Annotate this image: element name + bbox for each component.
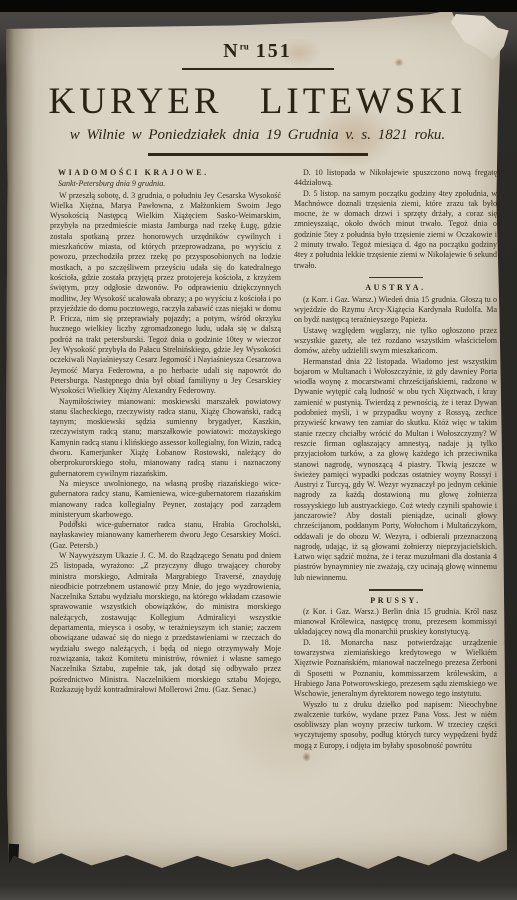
masthead-rule-top: [182, 68, 334, 70]
article-paragraph: Na mieysce uwolnionego, na własną prośbę…: [50, 479, 281, 520]
issue-number: Nru 151: [6, 40, 509, 63]
section-separator-rule: [369, 277, 423, 279]
article-paragraph: D. 10 listopada w Nikołajewie spuszczono…: [294, 168, 497, 189]
issue-prefix: N: [223, 40, 239, 62]
ink-smudge: [7, 844, 19, 886]
left-column: WIADOMOŚCI KRAJOWE. Sankt-Petersburg dni…: [50, 168, 281, 751]
article-paragraph: W Naywyższym Ukazie J. C. M. do Rządzące…: [50, 551, 281, 695]
section-separator-rule: [369, 589, 423, 591]
article-paragraph: W przeszłą sobotę, d. 3 grudnia, o połud…: [50, 191, 281, 397]
article-paragraph: Hermanstad dnia 22 listopada. Wiadomo je…: [294, 357, 497, 584]
section-heading-prussia: PRUSSY.: [294, 596, 497, 606]
scan-top-black-strip: [0, 0, 517, 12]
masthead: Nru 151 KURYER LITEWSKI w Wilnie w Ponie…: [6, 10, 509, 156]
article-columns: WIADOMOŚCI KRAJOWE. Sankt-Petersburg dni…: [6, 156, 509, 751]
article-paragraph: Podolski wice-gubernator radca stanu, Hr…: [50, 520, 281, 551]
issue-superscript: ru: [240, 41, 249, 51]
scan-background: Nru 151 KURYER LITEWSKI w Wilnie w Ponie…: [0, 0, 517, 900]
article-paragraph: Naymiłościwiey mianowani: moskiewski mar…: [50, 397, 281, 479]
article-paragraph: (z Korr. i Gaz. Warsz.) Wiedeń dnia 15 g…: [294, 295, 497, 326]
paper-stain: [302, 752, 311, 762]
scanned-newspaper-screenshot: html,body{margin:0;padding:0;} body{ wid…: [0, 0, 517, 900]
article-paragraph: D. 5 listop. na samym początku godziny 4…: [294, 189, 497, 271]
newspaper-page: Nru 151 KURYER LITEWSKI w Wilnie w Ponie…: [6, 10, 509, 874]
issue-dateline: w Wilnie w Poniedziałek dnia 19 Grudnia …: [6, 127, 509, 144]
article-paragraph: (z Kor. i Gaz. Warsz.) Berlin dnia 15 gr…: [294, 607, 497, 638]
article-paragraph: Wyszło tu z druku dziełko pod napisem: N…: [294, 700, 497, 751]
article-paragraph: Ustawę względem węglarzy, nie tylko ogło…: [294, 326, 497, 357]
section-heading-domestic-news: WIADOMOŚCI KRAJOWE.: [50, 168, 281, 178]
section-heading-austria: AUSTRYA.: [294, 283, 497, 293]
article-paragraph: D. 18. Monarcha nasz potwierdzając urząd…: [294, 638, 497, 700]
issue-value: 151: [256, 40, 292, 62]
right-column: D. 10 listopada w Nikołajewie spuszczono…: [294, 168, 497, 751]
petersburg-dateline: Sankt-Petersburg dnia 9 grudnia.: [50, 179, 281, 189]
newspaper-title: KURYER LITEWSKI: [6, 80, 509, 123]
